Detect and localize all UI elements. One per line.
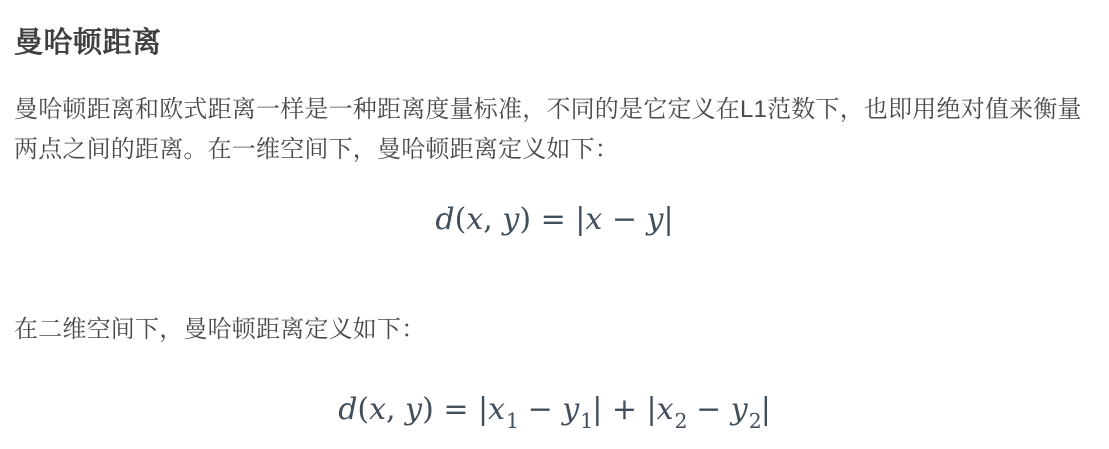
paragraph-intro-line-2: 两点之间的距离。在一维空间下，曼哈顿距离定义如下：: [14, 130, 1095, 170]
formula-2d-manhattan: d(x, y) = |x1 − y1| + |x2 − y2|: [14, 388, 1095, 432]
page-title: 曼哈顿距离: [14, 26, 1095, 60]
paragraph-2d: 在二维空间下，曼哈顿距离定义如下：: [14, 310, 1095, 350]
paragraph-intro-line-1: 曼哈顿距离和欧式距离一样是一种距离度量标准，不同的是它定义在L1范数下，也即用绝…: [14, 90, 1095, 130]
paragraph-intro: 曼哈顿距离和欧式距离一样是一种距离度量标准，不同的是它定义在L1范数下，也即用绝…: [14, 90, 1095, 170]
article-page: 曼哈顿距离 曼哈顿距离和欧式距离一样是一种距离度量标准，不同的是它定义在L1范数…: [0, 0, 1109, 449]
formula-1d-manhattan: d(x, y) = |x − y|: [14, 198, 1095, 242]
